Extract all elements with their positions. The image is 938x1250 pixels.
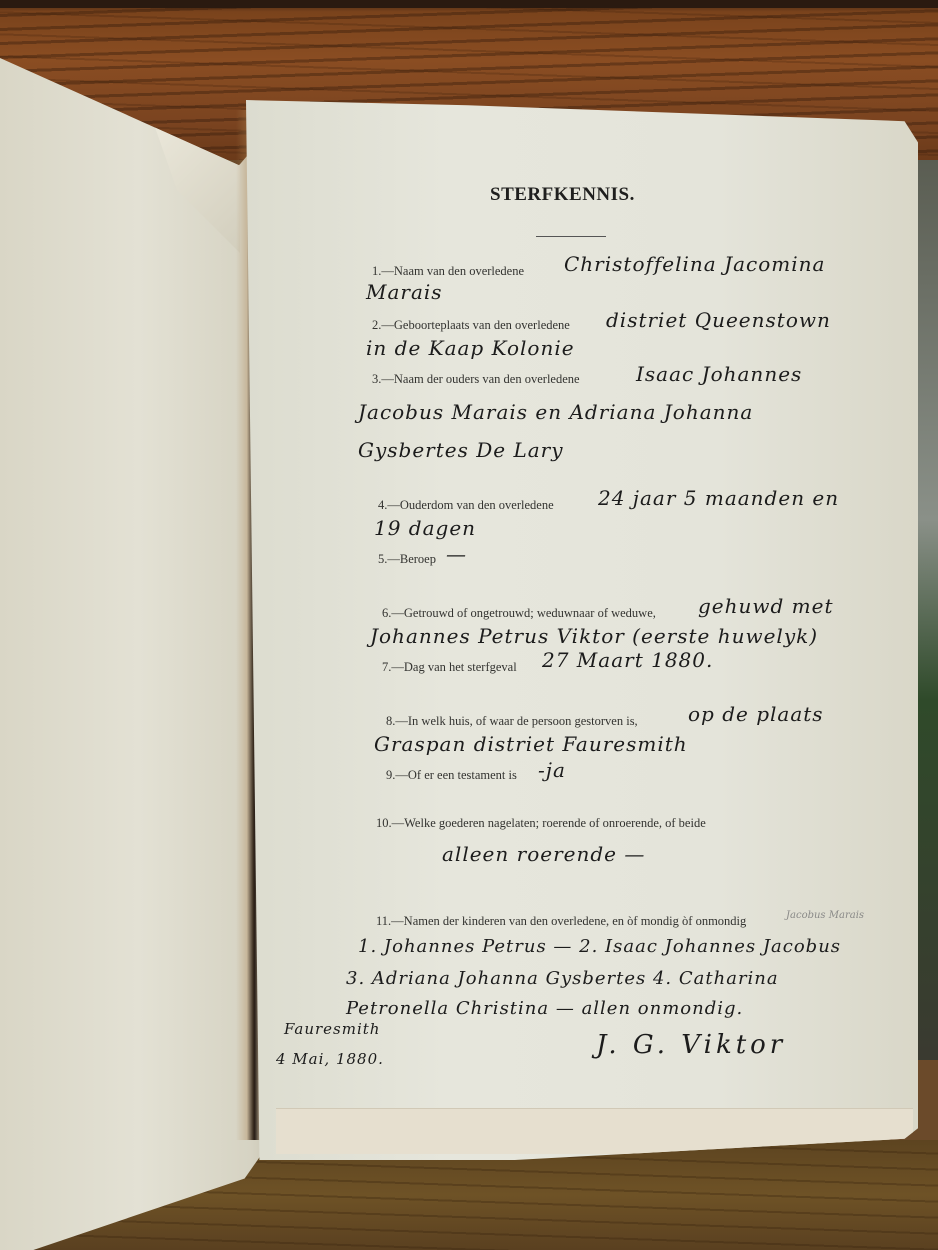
place-of-signing: Fauresmith xyxy=(284,1020,380,1038)
field-value-marital-line1: gehuwd met xyxy=(698,594,834,618)
field-label-parents: 3.—Naam der ouders van den overledene xyxy=(372,372,580,387)
field-value-date-of-death: 27 Maart 1880. xyxy=(542,648,713,672)
field-value-parents-line2: Jacobus Marais en Adriana Johanna xyxy=(358,400,753,424)
field-value-age-line1: 24 jaar 5 maanden en xyxy=(598,486,839,510)
field-value-testament: -ja xyxy=(538,758,566,782)
field-value-place-line1: op de plaats xyxy=(688,702,824,726)
field-annotation-children: Jacobus Marais xyxy=(786,910,864,921)
registrar-signature: J. G. Viktor xyxy=(596,1030,786,1060)
field-label-estate: 10.—Welke goederen nagelaten; roerende o… xyxy=(376,816,706,831)
field-value-parents-line3: Gysbertes De Lary xyxy=(358,438,564,462)
field-value-name-line2: Marais xyxy=(366,280,443,304)
field-value-children-line3: Petronella Christina — allen onmondig. xyxy=(346,998,743,1019)
field-label-place-of-death: 8.—In welk huis, of waar de persoon gest… xyxy=(386,714,638,729)
field-label-name: 1.—Naam van den overledene xyxy=(372,264,524,279)
field-value-estate: alleen roerende — xyxy=(442,842,645,866)
field-value-parents-line1: Isaac Johannes xyxy=(636,362,802,386)
title-divider xyxy=(536,236,606,237)
field-value-children-line2: 3. Adriana Johanna Gysbertes 4. Catharin… xyxy=(346,968,779,989)
field-value-place-line2: Graspan distriet Fauresmith xyxy=(374,732,688,756)
field-value-birthplace-line2: in de Kaap Kolonie xyxy=(366,336,575,360)
date-of-signing: 4 Mai, 1880. xyxy=(276,1050,384,1068)
field-value-children-line1: 1. Johannes Petrus — 2. Isaac Johannes J… xyxy=(358,936,841,957)
field-value-birthplace-line1: distriet Queenstown xyxy=(606,308,831,332)
field-label-birthplace: 2.—Geboorteplaats van den overledene xyxy=(372,318,570,333)
field-label-age: 4.—Ouderdom van den overledene xyxy=(378,498,554,513)
field-label-occupation: 5.—Beroep xyxy=(378,552,436,567)
field-value-age-line2: 19 dagen xyxy=(374,516,476,540)
field-label-date-of-death: 7.—Dag van het sterfgeval xyxy=(382,660,517,675)
document-title: STERFKENNIS. xyxy=(490,184,635,206)
death-notice-form: STERFKENNIS. 1.—Naam van den overledene … xyxy=(246,100,918,1160)
field-label-children: 11.—Namen der kinderen van den overleden… xyxy=(376,914,746,929)
field-label-marital-status: 6.—Getrouwd of ongetrouwd; weduwnaar of … xyxy=(382,606,656,621)
field-label-testament: 9.—Of er een testament is xyxy=(386,768,517,783)
field-value-marital-line2: Johannes Petrus Viktor (eerste huwelyk) xyxy=(370,624,818,648)
field-value-name-line1: Christoffelina Jacomina xyxy=(564,252,825,276)
field-value-occupation: — xyxy=(446,542,467,566)
